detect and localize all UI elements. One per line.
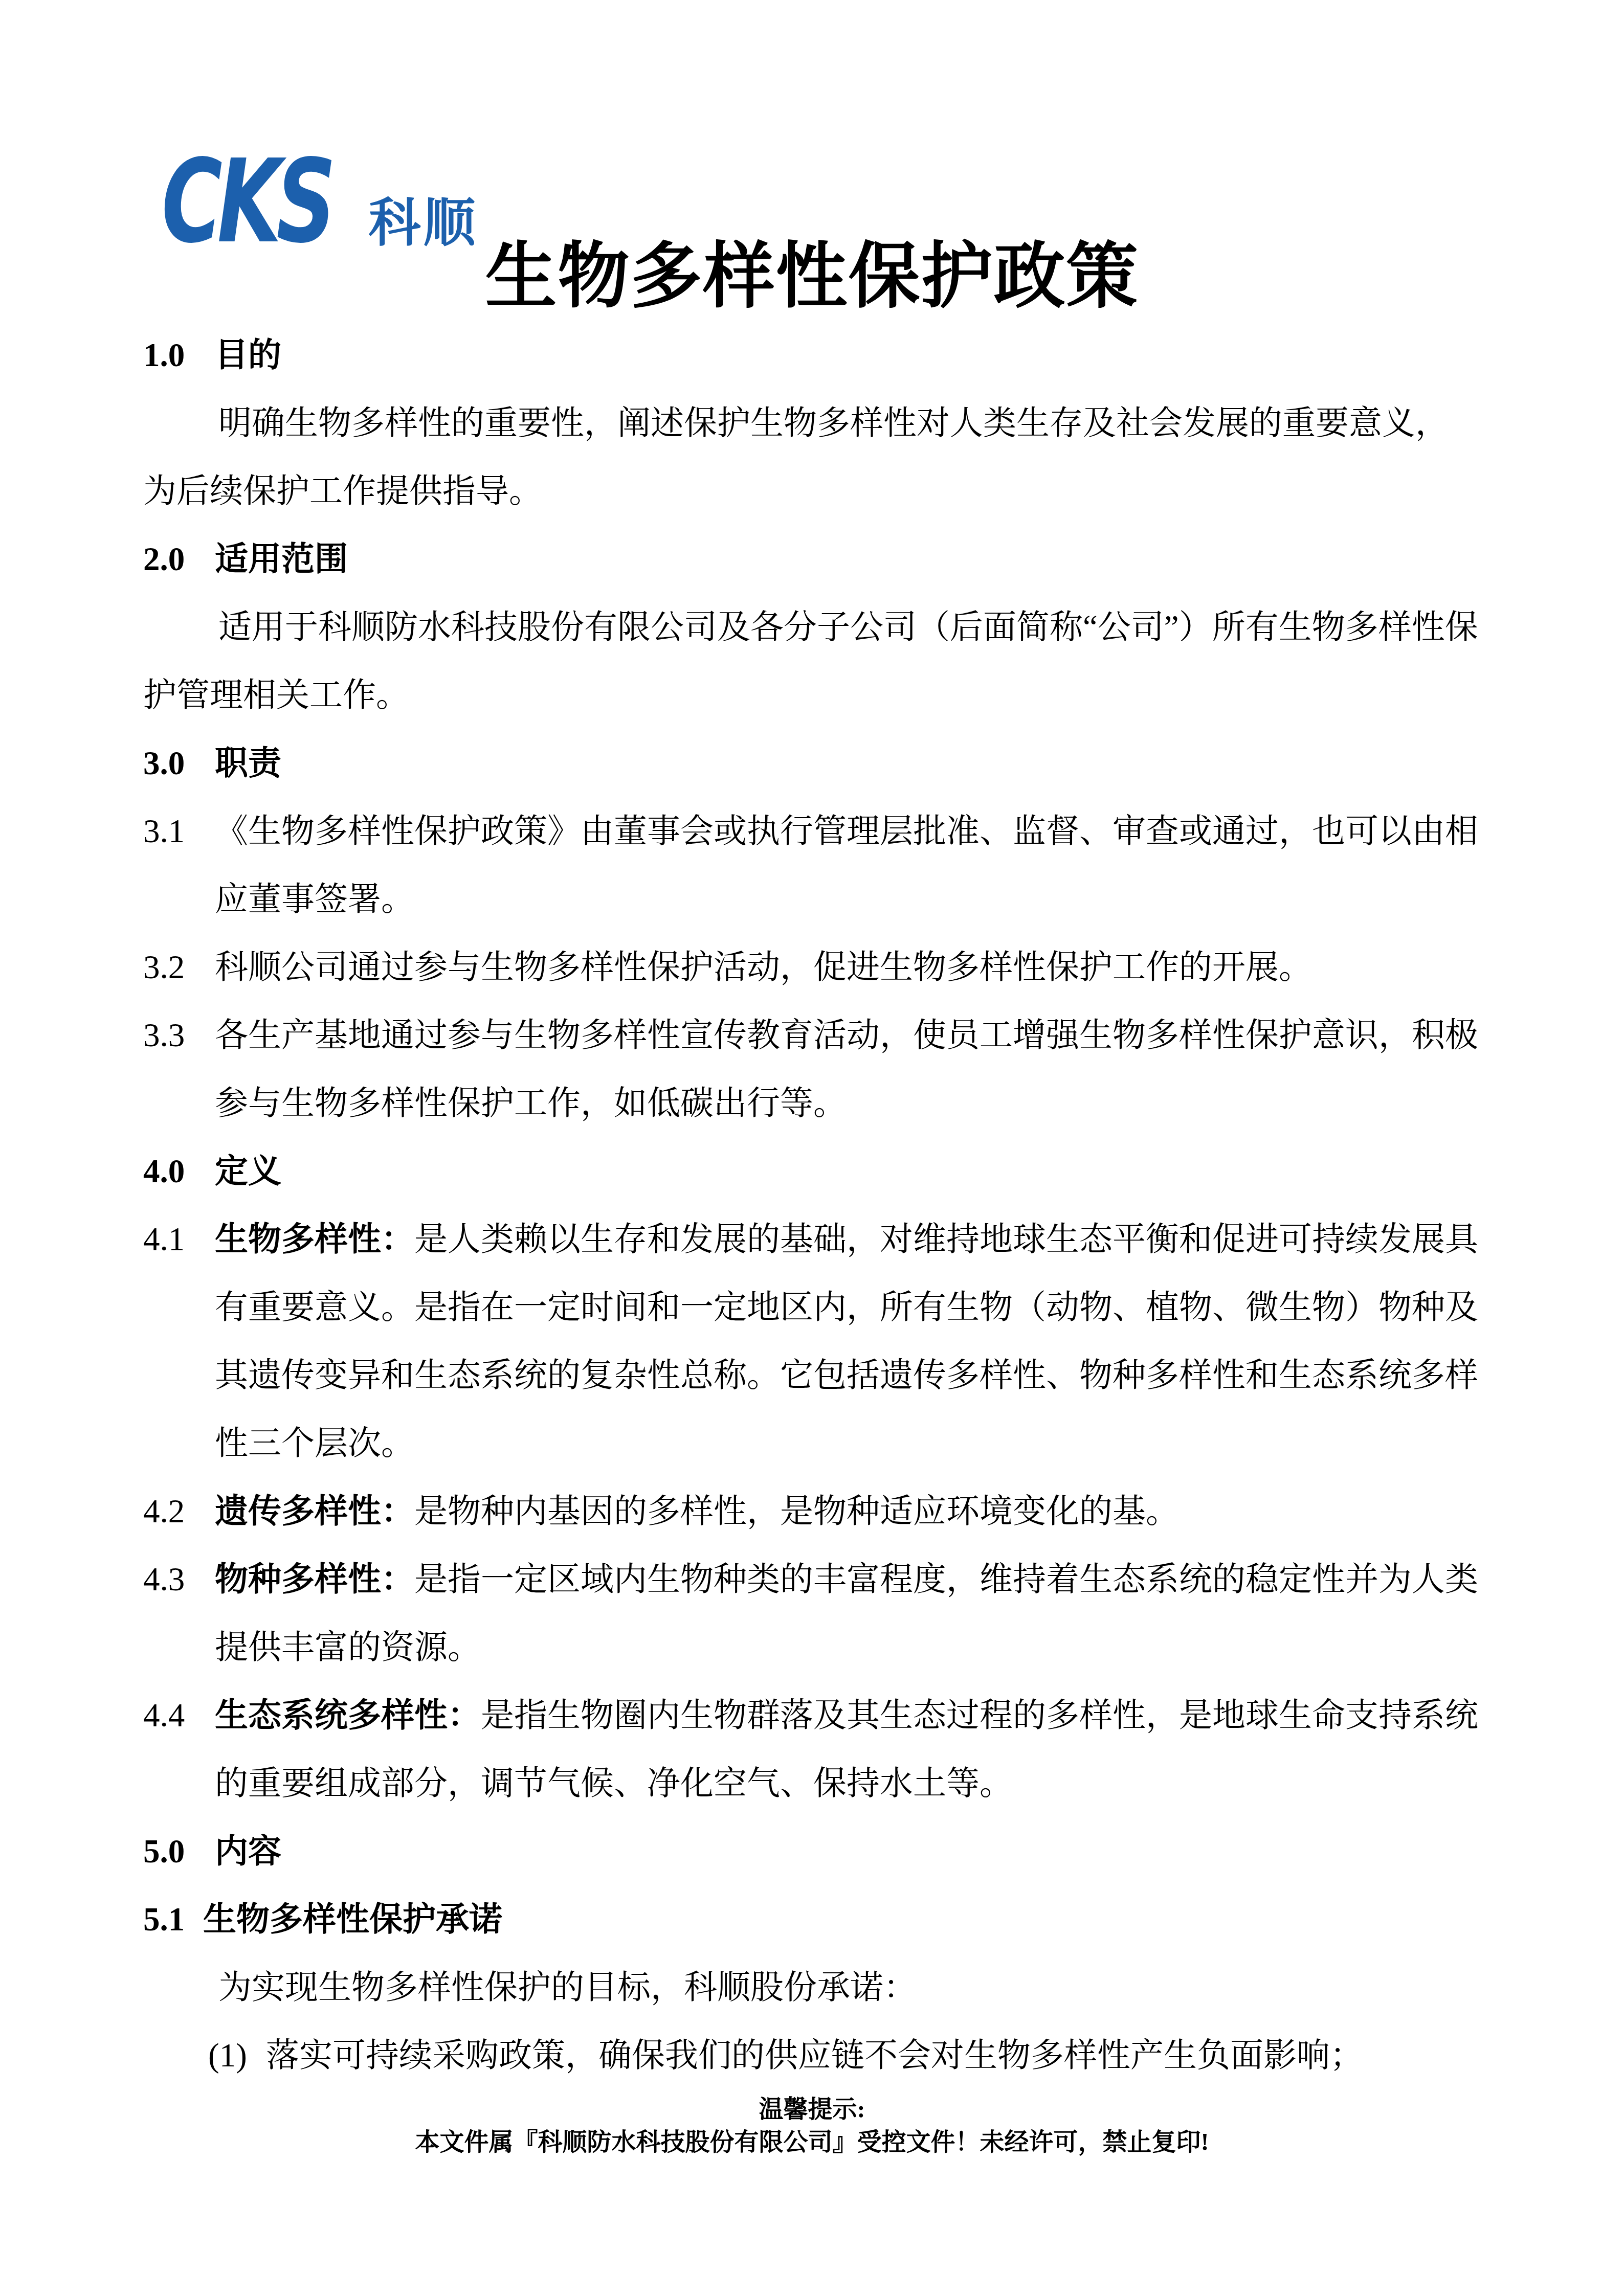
footer-notice-label: 温馨提示: [0,2094,1624,2126]
clause-number: 4.3 [143,1546,215,1614]
section-label: 目的 [215,337,281,374]
definition-term: 物种多样性： [215,1561,414,1598]
section-label: 内容 [215,1833,281,1870]
clause-number: 3.3 [143,1002,215,1070]
document-body: 1.0目的 明确生物多样性的重要性，阐述保护生物多样性对人类生存及社会发展的重要… [143,322,1481,2090]
definition-text: 是物种内基因的多样性，是物种适应环境变化的基。 [414,1493,1179,1530]
definition-term: 生物多样性： [215,1221,414,1258]
section-label: 定义 [215,1153,281,1190]
clause-text: 《生物多样性保护政策》由董事会或执行管理层批准、监督、审查或通过，也可以由相应董… [215,813,1478,918]
commitment-item-1: (1)落实可持续采购政策，确保我们的供应链不会对生物多样性产生负面影响； [143,2022,1481,2090]
definition-4-2: 4.2遗传多样性：是物种内基因的多样性，是物种适应环境变化的基。 [143,1478,1481,1546]
section-label: 适用范围 [215,541,348,578]
clause-text: 科顺公司通过参与生物多样性保护活动，促进生物多样性保护工作的开展。 [215,949,1312,986]
section-heading-5: 5.0内容 [143,1818,1481,1886]
footer-notice: 温馨提示: 本文件属『科顺防水科技股份有限公司』受控文件！未经许可，禁止复印! [0,2094,1624,2159]
list-number: (1) [208,2022,266,2090]
page-title: 生物多样性保护政策 [0,234,1624,320]
paragraph-scope: 适用于科顺防水科技股份有限公司及各分子公司（后面简称“公司”）所有生物多样性保护… [143,594,1481,730]
clause-text: 各生产基地通过参与生物多样性宣传教育活动，使员工增强生物多样性保护意识，积极参与… [215,1017,1478,1122]
clause-number: 4.4 [143,1682,215,1750]
section-number: 5.1 [143,1886,203,1954]
document-page: CKS 科顺 生物多样性保护政策 1.0目的 明确生物多样性的重要性，阐述保护生… [0,0,1624,2296]
section-heading-2: 2.0适用范围 [143,526,1481,594]
clause-number: 4.1 [143,1206,215,1274]
clause-number: 3.1 [143,798,215,866]
section-number: 2.0 [143,526,215,594]
definition-4-4: 4.4生态系统多样性：是指生物圈内生物群落及其生态过程的多样性，是地球生命支持系… [143,1682,1481,1818]
section-number: 5.0 [143,1818,215,1886]
section-number: 4.0 [143,1138,215,1206]
paragraph-purpose: 明确生物多样性的重要性，阐述保护生物多样性对人类生存及社会发展的重要意义，为后续… [143,390,1481,526]
section-label: 生物多样性保护承诺 [203,1901,502,1938]
list-text: 落实可持续采购政策，确保我们的供应链不会对生物多样性产生负面影响； [266,2037,1363,2074]
definition-term: 遗传多样性： [215,1493,414,1530]
clause-3-1: 3.1《生物多样性保护政策》由董事会或执行管理层批准、监督、审查或通过，也可以由… [143,798,1481,934]
section-heading-4: 4.0定义 [143,1138,1481,1206]
subsection-heading-5-1: 5.1生物多样性保护承诺 [143,1886,1481,1954]
section-number: 1.0 [143,322,215,390]
clause-3-3: 3.3各生产基地通过参与生物多样性宣传教育活动，使员工增强生物多样性保护意识，积… [143,1002,1481,1138]
footer-notice-text: 本文件属『科顺防水科技股份有限公司』受控文件！未经许可，禁止复印! [0,2126,1624,2159]
section-label: 职责 [215,745,281,782]
section-heading-3: 3.0职责 [143,730,1481,798]
definition-term: 生态系统多样性： [215,1697,481,1734]
definition-4-1: 4.1生物多样性：是人类赖以生存和发展的基础，对维持地球生态平衡和促进可持续发展… [143,1206,1481,1478]
definition-4-3: 4.3物种多样性：是指一定区域内生物种类的丰富程度，维持着生态系统的稳定性并为人… [143,1546,1481,1682]
section-heading-1: 1.0目的 [143,322,1481,390]
clause-number: 3.2 [143,934,215,1002]
paragraph-commitment-intro: 为实现生物多样性保护的目标，科顺股份承诺： [143,1954,1481,2022]
clause-3-2: 3.2科顺公司通过参与生物多样性保护活动，促进生物多样性保护工作的开展。 [143,934,1481,1002]
section-number: 3.0 [143,730,215,798]
clause-number: 4.2 [143,1478,215,1546]
